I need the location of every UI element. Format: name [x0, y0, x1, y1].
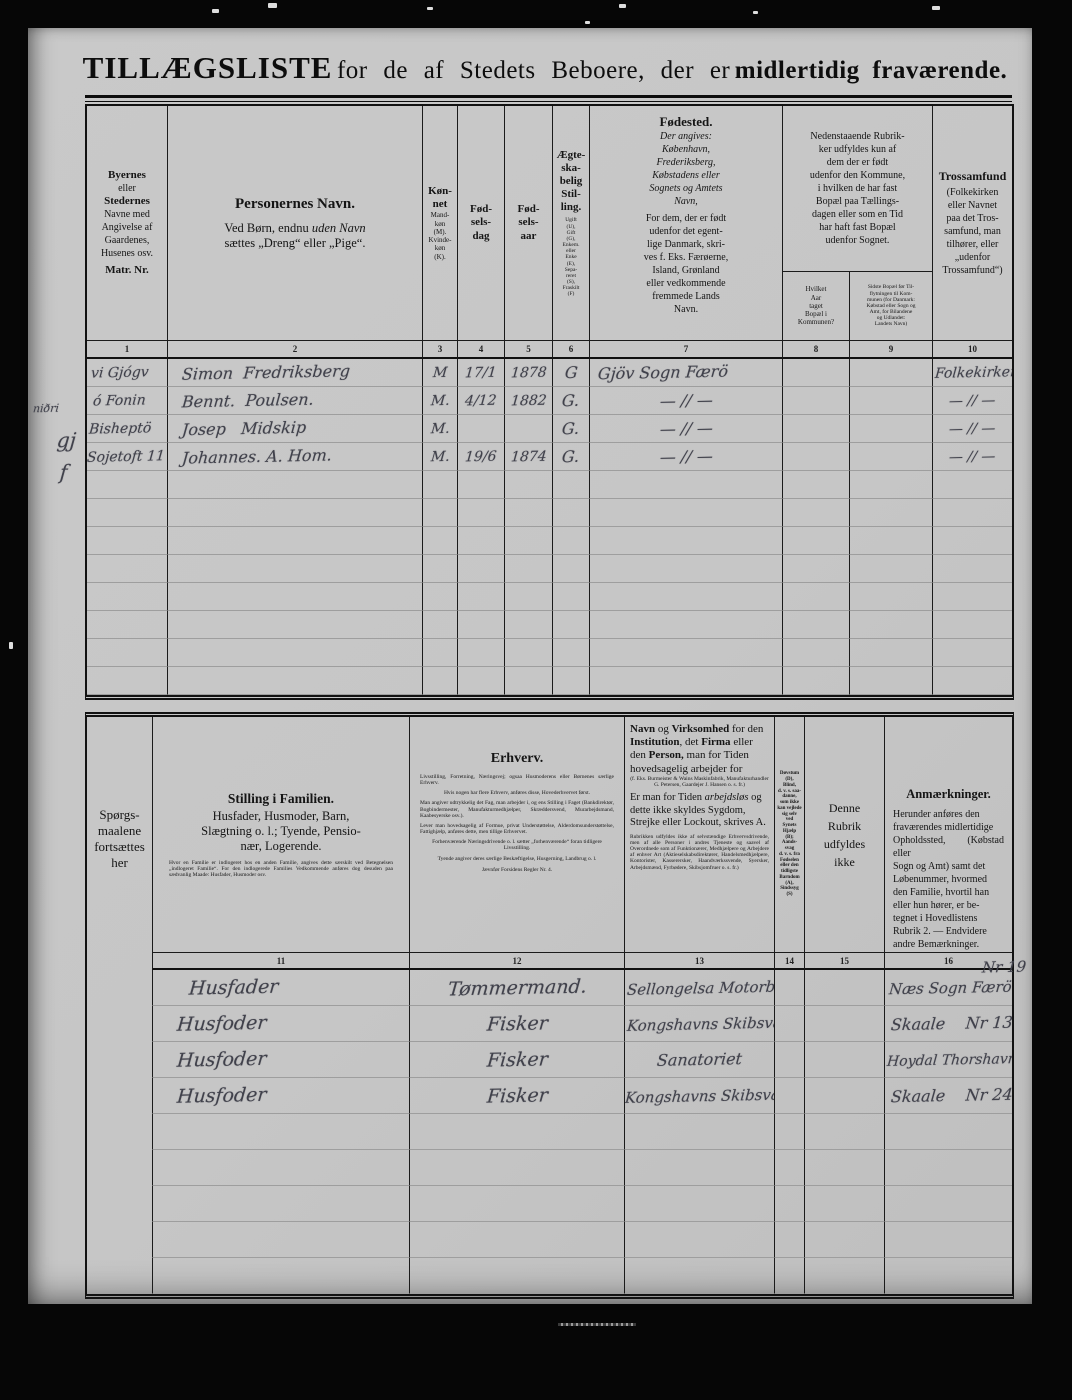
remark-number-note: Nr 19 — [981, 958, 1027, 977]
empty-cell — [804, 1186, 884, 1222]
cell-last-residence — [849, 387, 932, 415]
empty-cell — [87, 583, 167, 611]
col-number: 7 — [589, 340, 782, 359]
empty-cell — [422, 471, 457, 499]
empty-cell — [782, 639, 849, 667]
empty-cell — [782, 667, 849, 695]
title-double-rule — [85, 95, 1012, 102]
cell-last-residence — [849, 415, 932, 443]
empty-cell — [624, 1186, 774, 1222]
empty-cell — [152, 1114, 409, 1150]
empty-cell — [782, 471, 849, 499]
cell-birthplace: — // — — [589, 387, 782, 415]
empty-cell — [589, 555, 782, 583]
empty-cell — [932, 639, 1012, 667]
header-moved-super: Nedenstaaende Rubrik- ker udfyldes kun a… — [782, 106, 932, 271]
empty-cell — [804, 1150, 884, 1186]
col-number: 14 — [774, 952, 804, 970]
cell-birthday: 4/12 — [457, 387, 504, 415]
empty-cell — [804, 1258, 884, 1294]
empty-cell — [849, 611, 932, 639]
cell-civil: G. — [552, 387, 589, 415]
empty-cell — [87, 667, 167, 695]
empty-cell — [552, 499, 589, 527]
empty-cell — [849, 583, 932, 611]
empty-cell — [849, 471, 932, 499]
cell-remarks: Skaale Nr 24 — [884, 1078, 1012, 1114]
title-tail: midlertidig fraværende. — [735, 57, 1008, 84]
cell-year-moved — [782, 359, 849, 387]
empty-cell — [849, 499, 932, 527]
empty-cell — [884, 1222, 1012, 1258]
cell-birthplace: — // — — [589, 443, 782, 471]
cell-name: Bennt. Poulsen. — [167, 387, 422, 415]
cell-place: vi Gjógv — [87, 359, 167, 387]
page-title: TILLÆGSLISTE for de af Stedets Beboere, … — [60, 50, 1030, 86]
margin-note: niðri — [32, 402, 59, 416]
empty-cell — [624, 1150, 774, 1186]
empty-cell — [504, 639, 552, 667]
empty-cell — [884, 1150, 1012, 1186]
cell-place: ó Fonin — [87, 387, 167, 415]
empty-cell — [774, 1114, 804, 1150]
empty-cell — [504, 499, 552, 527]
cell-birthday: 19/6 — [457, 443, 504, 471]
col-number: 12 — [409, 952, 624, 970]
scan-speck — [268, 3, 277, 8]
title-mid: for de af Stedets Beboere, der er — [337, 57, 730, 84]
empty-cell — [589, 499, 782, 527]
cell-family-position: Husfoder — [152, 1006, 409, 1042]
cell-civil: G. — [552, 415, 589, 443]
empty-cell — [457, 667, 504, 695]
empty-cell — [422, 639, 457, 667]
header-remarks: Anmærkninger. Herunder anføres den fravæ… — [884, 717, 1012, 952]
empty-cell — [87, 639, 167, 667]
header-occupation: Erhverv. Livsstilling, Forretning, Nærin… — [409, 717, 624, 952]
continuation-label: Spørgs- maalene fortsættes her — [87, 717, 152, 1294]
cell-name: Johannes. A. Hom. — [167, 443, 422, 471]
cell-religion: — // — — [932, 443, 1012, 471]
header-birthplace: Fødested. Der angives: København, Freder… — [589, 106, 782, 340]
cell-disabilities — [774, 970, 804, 1006]
empty-cell — [504, 667, 552, 695]
empty-cell — [884, 1114, 1012, 1150]
empty-cell — [167, 611, 422, 639]
scan-speck — [585, 21, 590, 24]
header-employer: Navn og Virksomhed for den Institution, … — [624, 717, 774, 952]
empty-cell — [932, 527, 1012, 555]
empty-cell — [152, 1258, 409, 1294]
cell-name: Josep Midskip — [167, 415, 422, 443]
cell-occupation: Fisker — [409, 1042, 624, 1078]
cell-sex: M — [422, 359, 457, 387]
empty-cell — [457, 471, 504, 499]
empty-cell — [589, 527, 782, 555]
header-do-not-fill: Denne Rubrik udfyldes ikke — [804, 717, 884, 952]
scanned-census-form: TILLÆGSLISTE for de af Stedets Beboere, … — [0, 0, 1072, 1400]
empty-cell — [504, 583, 552, 611]
empty-cell — [152, 1186, 409, 1222]
header-birthday: Fød- sels- dag — [457, 106, 504, 340]
cell-disabilities — [774, 1006, 804, 1042]
empty-cell — [409, 1258, 624, 1294]
empty-cell — [804, 1114, 884, 1150]
empty-cell — [457, 611, 504, 639]
empty-cell — [624, 1258, 774, 1294]
cell-do-not-fill — [804, 970, 884, 1006]
empty-cell — [87, 471, 167, 499]
cell-do-not-fill — [804, 1006, 884, 1042]
empty-cell — [849, 527, 932, 555]
empty-cell — [932, 667, 1012, 695]
empty-cell — [409, 1150, 624, 1186]
empty-cell — [167, 667, 422, 695]
header-name: Personernes Navn. Ved Børn, endnu uden N… — [167, 106, 422, 340]
empty-cell — [422, 555, 457, 583]
empty-cell — [774, 1186, 804, 1222]
header-sex: Køn- net Mand- køn (M). Kvinde- køn (K). — [422, 106, 457, 340]
empty-cell — [87, 499, 167, 527]
cell-last-residence — [849, 359, 932, 387]
cell-disabilities — [774, 1078, 804, 1114]
header-birthyear: Fød- sels- aar — [504, 106, 552, 340]
header-place: Byernes eller Stedernes Navne med Angive… — [87, 106, 167, 340]
cell-last-residence — [849, 443, 932, 471]
col-number: 11 — [152, 952, 409, 970]
cell-religion: Folkekirken — [932, 359, 1012, 387]
col-number: 5 — [504, 340, 552, 359]
empty-cell — [884, 1186, 1012, 1222]
cell-birthplace: Gjöv Sogn Færö — [589, 359, 782, 387]
empty-cell — [167, 471, 422, 499]
cell-year-moved — [782, 387, 849, 415]
col-number: 15 — [804, 952, 884, 970]
empty-cell — [87, 555, 167, 583]
col-number: 4 — [457, 340, 504, 359]
empty-cell — [589, 639, 782, 667]
cell-birthyear: 1874 — [504, 443, 552, 471]
cell-remarks: Hoydal Thorshavn Nr 15 — [884, 1042, 1012, 1078]
empty-cell — [782, 527, 849, 555]
cell-sex: M. — [422, 387, 457, 415]
empty-cell — [774, 1150, 804, 1186]
empty-cell — [87, 611, 167, 639]
cell-employer: Kongshavns Skibsværv — [624, 1078, 774, 1114]
upper-table: Byernes eller Stedernes Navne med Angive… — [85, 104, 1014, 700]
empty-cell — [504, 527, 552, 555]
col-number: 1 — [87, 340, 167, 359]
empty-cell — [504, 555, 552, 583]
empty-cell — [552, 555, 589, 583]
cell-religion: — // — — [932, 387, 1012, 415]
cell-place: Bisheptö — [87, 415, 167, 443]
empty-cell — [782, 583, 849, 611]
cell-place: Sojetoft 11 — [87, 443, 167, 471]
scan-speck — [932, 6, 940, 10]
empty-cell — [422, 527, 457, 555]
empty-cell — [589, 471, 782, 499]
empty-cell — [552, 639, 589, 667]
empty-cell — [624, 1222, 774, 1258]
empty-cell — [152, 1150, 409, 1186]
empty-cell — [504, 611, 552, 639]
empty-cell — [932, 583, 1012, 611]
empty-cell — [457, 499, 504, 527]
cell-civil: G. — [552, 443, 589, 471]
cell-family-position: Husfader — [152, 970, 409, 1006]
empty-cell — [457, 527, 504, 555]
empty-cell — [849, 639, 932, 667]
lower-table: Spørgs- maalene fortsættes her Stilling … — [85, 712, 1014, 1299]
scan-speck — [753, 11, 758, 14]
cell-employer: Kongshavns Skibsværv — [624, 1006, 774, 1042]
margin-note: gj — [56, 428, 77, 452]
col-number: 13 — [624, 952, 774, 970]
empty-cell — [422, 499, 457, 527]
empty-cell — [167, 527, 422, 555]
scan-speck — [427, 7, 433, 10]
cell-birthyear: 1882 — [504, 387, 552, 415]
cell-birthyear — [504, 415, 552, 443]
empty-cell — [782, 611, 849, 639]
empty-cell — [552, 611, 589, 639]
header-disabilities: Døvstum (D), Blind, d. v. s. saa- danne,… — [774, 717, 804, 952]
cell-birthyear: 1878 — [504, 359, 552, 387]
empty-cell — [409, 1186, 624, 1222]
cell-year-moved — [782, 443, 849, 471]
empty-cell — [457, 583, 504, 611]
empty-cell — [152, 1222, 409, 1258]
cell-employer: Sanatoriet — [624, 1042, 774, 1078]
empty-cell — [167, 555, 422, 583]
title-lead: TILLÆGSLISTE — [83, 50, 333, 85]
empty-cell — [804, 1222, 884, 1258]
cell-birthday — [457, 415, 504, 443]
empty-cell — [884, 1258, 1012, 1294]
col-number: 2 — [167, 340, 422, 359]
empty-cell — [457, 555, 504, 583]
empty-cell — [457, 639, 504, 667]
empty-cell — [932, 555, 1012, 583]
cell-occupation: Fisker — [409, 1006, 624, 1042]
empty-cell — [932, 499, 1012, 527]
cell-religion: — // — — [932, 415, 1012, 443]
empty-cell — [552, 471, 589, 499]
cell-disabilities — [774, 1042, 804, 1078]
empty-cell — [167, 499, 422, 527]
cell-sex: M. — [422, 443, 457, 471]
empty-cell — [167, 639, 422, 667]
empty-cell — [624, 1114, 774, 1150]
empty-cell — [589, 611, 782, 639]
empty-cell — [932, 611, 1012, 639]
empty-cell — [422, 611, 457, 639]
printer-imprint — [558, 1323, 636, 1326]
cell-name: Simon Fredriksberg — [167, 359, 422, 387]
empty-cell — [409, 1222, 624, 1258]
empty-cell — [932, 471, 1012, 499]
col-number: 8 — [782, 340, 849, 359]
cell-year-moved — [782, 415, 849, 443]
empty-cell — [589, 667, 782, 695]
col-number: 6 — [552, 340, 589, 359]
empty-cell — [552, 667, 589, 695]
col-number: 3 — [422, 340, 457, 359]
empty-cell — [422, 583, 457, 611]
empty-cell — [409, 1114, 624, 1150]
empty-cell — [87, 527, 167, 555]
empty-cell — [422, 667, 457, 695]
cell-occupation: Tømmermand. — [409, 970, 624, 1006]
header-family-position: Stilling i Familien. Husfader, Husmoder,… — [152, 717, 409, 952]
header-civil-status: Ægte- ska- belig Stil- ling. Ugift (U), … — [552, 106, 589, 340]
scan-speck — [619, 4, 626, 8]
cell-do-not-fill — [804, 1042, 884, 1078]
empty-cell — [849, 555, 932, 583]
cell-do-not-fill — [804, 1078, 884, 1114]
cell-occupation: Fisker — [409, 1078, 624, 1114]
cell-employer: Sellongelsa Motorbaad — [624, 970, 774, 1006]
col-number: 10 — [932, 340, 1012, 359]
scan-speck — [212, 9, 219, 13]
scan-speck — [9, 642, 13, 649]
empty-cell — [782, 555, 849, 583]
cell-birthday: 17/1 — [457, 359, 504, 387]
col-number: 9 — [849, 340, 932, 359]
cell-sex: M. — [422, 415, 457, 443]
cell-birthplace: — // — — [589, 415, 782, 443]
empty-cell — [552, 583, 589, 611]
cell-civil: G — [552, 359, 589, 387]
empty-cell — [589, 583, 782, 611]
cell-remarks: Skaale Nr 13 — [884, 1006, 1012, 1042]
cell-family-position: Husfoder — [152, 1042, 409, 1078]
header-year-moved: Hvilket Aar taget Bopæl i Kommunen? — [782, 271, 849, 340]
empty-cell — [774, 1258, 804, 1294]
empty-cell — [552, 527, 589, 555]
empty-cell — [782, 499, 849, 527]
empty-cell — [849, 667, 932, 695]
header-last-residence: Sidste Bopæl før Til- flytningen til Kom… — [849, 271, 932, 340]
cell-family-position: Husfoder — [152, 1078, 409, 1114]
header-religion: Trossamfund (Folkekirken eller Navnet pa… — [932, 106, 1012, 340]
empty-cell — [167, 583, 422, 611]
empty-cell — [774, 1222, 804, 1258]
empty-cell — [504, 471, 552, 499]
